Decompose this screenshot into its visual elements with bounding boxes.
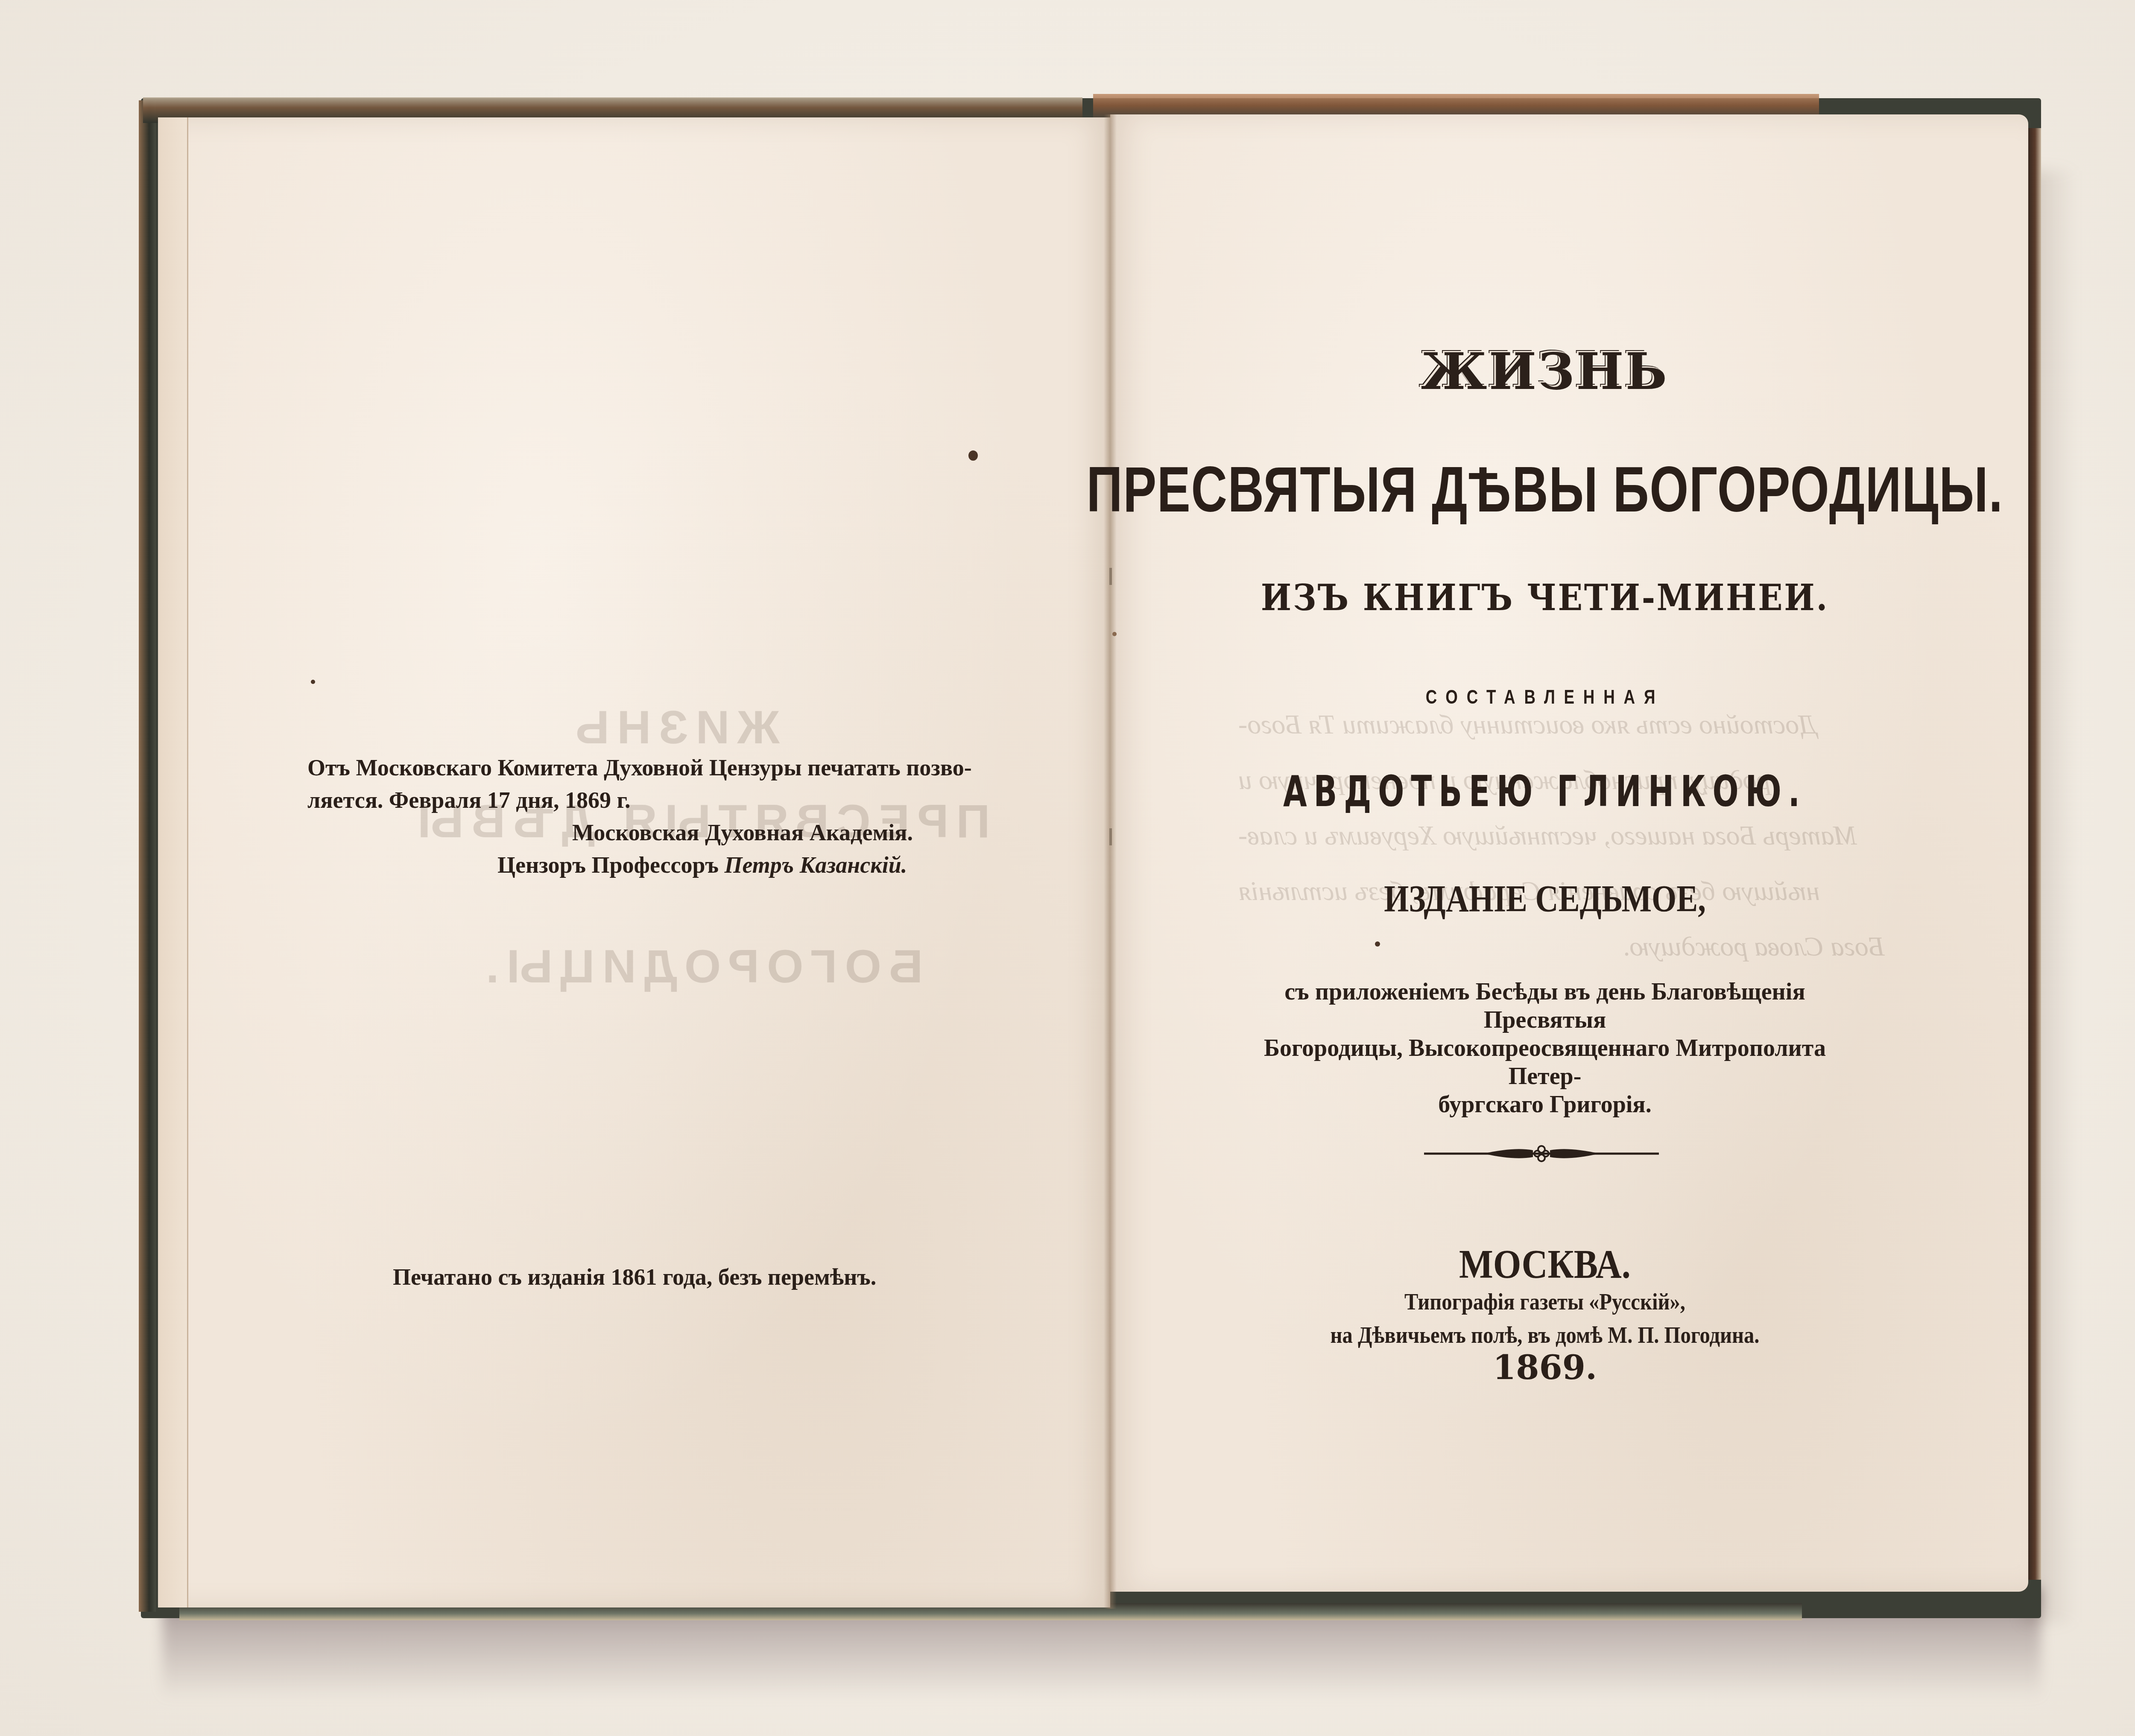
bleed-through-text: ЖИЗНЬ bbox=[568, 700, 780, 754]
press-line-2: на Дѣвичьемъ полѣ, въ домѣ М. П. Погодин… bbox=[1330, 1318, 1759, 1352]
foxing-spot bbox=[311, 680, 315, 684]
appendix-line-3: бургскаго Григорія. bbox=[1225, 1090, 1865, 1119]
compiled-by-label: СОСТАВЛЕННАЯ bbox=[1426, 685, 1664, 708]
cover-right-edge bbox=[2026, 128, 2041, 1580]
title-life: ЖИЗНЬ bbox=[1421, 342, 1669, 401]
foxing-spot bbox=[968, 450, 978, 461]
bleed-through-text: Бога Слова рождшую. bbox=[1623, 931, 1885, 962]
cover-left-edge bbox=[139, 100, 156, 1612]
title-source: ИЗЪ КНИГЪ ЧЕТИ-МИНЕИ. bbox=[1261, 576, 1829, 619]
edition-statement: ИЗДАНІЕ СЕДЬМОЕ, bbox=[1384, 877, 1706, 921]
imprint-year: 1869. bbox=[1493, 1348, 1597, 1387]
binding-stitch bbox=[1109, 828, 1112, 845]
spine-gutter bbox=[1104, 114, 1117, 1609]
foxing-spot bbox=[1375, 941, 1380, 947]
censor-line-1: Отъ Московскаго Комитета Духовной Цензур… bbox=[307, 751, 972, 784]
censor-name: Петръ Казанскій. bbox=[724, 852, 907, 878]
imprint-press: Типографія газеты «Русскій», на Дѣвичьем… bbox=[1330, 1285, 1759, 1352]
author-name: АВДОТЬЕЮ ГЛИНКОЮ. bbox=[1283, 766, 1807, 816]
reprint-note: Печатано съ изданія 1861 года, безъ пере… bbox=[393, 1264, 876, 1290]
censor-line-2: ляется. Февраля 17 дня, 1869 г. bbox=[307, 784, 972, 816]
censor-title: Цензоръ Профессоръ bbox=[497, 852, 724, 878]
censor-signature: Цензоръ Профессоръ Петръ Казанскій. bbox=[307, 849, 972, 881]
censor-approval: Отъ Московскаго Комитета Духовной Цензур… bbox=[307, 751, 972, 881]
cover-top-edge-right bbox=[1093, 94, 1819, 117]
ornament-rule-icon bbox=[1420, 1141, 1663, 1166]
left-flyleaf-strip bbox=[158, 117, 188, 1607]
appendix-line-1: съ приложеніемъ Бесѣды въ день Благовѣще… bbox=[1225, 978, 1865, 1034]
censor-academy: Московская Духовная Академія. bbox=[307, 816, 972, 849]
binding-stitch bbox=[1109, 568, 1112, 585]
imprint-city: МОСКВА. bbox=[1459, 1240, 1631, 1288]
title-main: ПРЕСВЯТЫЯ ДѢВЫ БОГОРОДИЦЫ. bbox=[1087, 453, 2003, 526]
bleed-through-text: Достойно есть яко воистинну блажити Тя Б… bbox=[1238, 709, 1816, 740]
bleed-through-text: БОГОРОДИЦЫ. bbox=[478, 939, 923, 994]
appendix-line-2: Богородицы, Высокопреосвященнаго Митропо… bbox=[1225, 1034, 1865, 1090]
foxing-spot bbox=[1112, 632, 1117, 636]
appendix-description: съ приложеніемъ Бесѣды въ день Благовѣще… bbox=[1225, 978, 1865, 1119]
bleed-through-text: Матерь Бога нашего, честнѣйшую Херувимъ … bbox=[1238, 820, 1857, 851]
press-line-1: Типографія газеты «Русскій», bbox=[1330, 1285, 1759, 1318]
